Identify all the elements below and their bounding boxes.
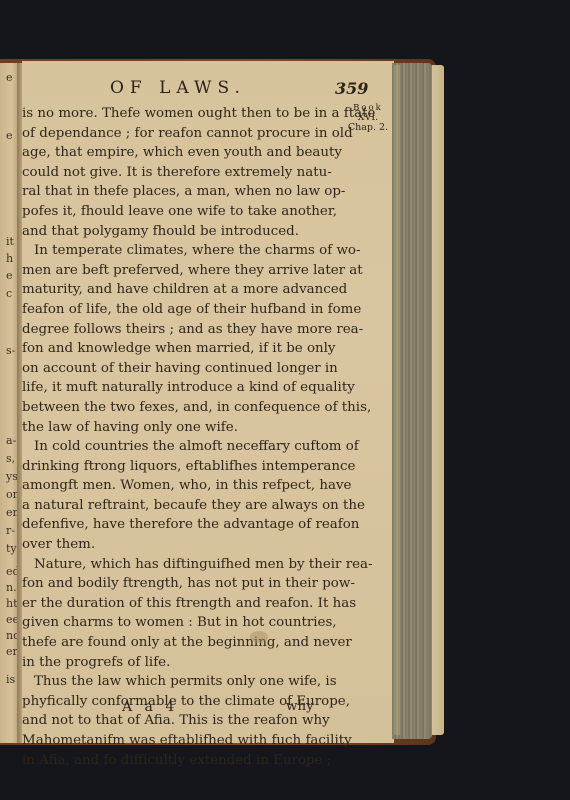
- text-line: in the progrefs of life.: [22, 653, 320, 673]
- text-line: degree follows theirs ; and as they have…: [22, 320, 320, 340]
- text-line: men are beft preferved, where they arriv…: [22, 261, 320, 281]
- previous-page-text-fragment: is: [6, 674, 15, 685]
- book: eeithecs-a-s,ysonenr-tyedn.hteenderis OF…: [0, 57, 438, 747]
- previous-page-text-fragment: c: [6, 288, 12, 299]
- text-line: feafon of life, the old age of their huf…: [22, 300, 320, 320]
- text-line: is no more. Thefe women ought then to be…: [22, 104, 320, 124]
- text-line: pofes it, fhould leave one wife to take …: [22, 202, 320, 222]
- text-line: on account of their having continued lon…: [22, 359, 320, 379]
- text-line: life, it muft naturally introduce a kind…: [22, 378, 320, 398]
- text-line: maturity, and have children at a more ad…: [22, 280, 320, 300]
- body-text: is no more. Thefe women ought then to be…: [22, 104, 320, 770]
- fore-edge-highlight: [394, 65, 400, 735]
- text-line: In cold countries the almoft neceffary c…: [22, 437, 320, 457]
- text-line: In temperate climates, where the charms …: [22, 241, 320, 261]
- previous-page-text-fragment: e: [6, 130, 13, 141]
- previous-page-text-fragment: ht: [6, 598, 18, 609]
- previous-page-text-fragment: a-: [6, 435, 16, 446]
- text-line: drinking ftrong liquors, eftablifhes int…: [22, 457, 320, 477]
- text-line: between the two fexes, and, in confequen…: [22, 398, 320, 418]
- text-line: over them.: [22, 535, 320, 555]
- signature-mark: A a 4: [122, 699, 178, 715]
- previous-page-text-fragment: h: [6, 253, 13, 264]
- previous-page-text-fragment: s-: [6, 345, 15, 356]
- running-head: OF LAWS.: [110, 78, 246, 98]
- endpaper-edge: [432, 65, 444, 735]
- text-line: Thus the law which permits only one wife…: [22, 672, 320, 692]
- text-line: of dependance ; for reafon cannot procur…: [22, 124, 320, 144]
- text-line: Nature, which has diftinguifhed men by t…: [22, 555, 320, 575]
- text-line: er the duration of this ftrength and rea…: [22, 594, 320, 614]
- text-line: and that polygamy fhould be introduced.: [22, 222, 320, 242]
- text-line: could not give. It is therefore extremel…: [22, 163, 320, 183]
- text-line: given charms to women : But in hot count…: [22, 613, 320, 633]
- text-line: defenfive, have therefore the advantage …: [22, 515, 320, 535]
- text-line: Mahometanifm was eftablifhed with fuch f…: [22, 731, 320, 751]
- paper-stain: [250, 631, 268, 643]
- previous-page-text-fragment: n.: [6, 582, 17, 593]
- text-line: a natural reftraint, becaufe they are al…: [22, 496, 320, 516]
- text-line: the law of having only one wife.: [22, 418, 320, 438]
- text-line: amongft men. Women, who, in this refpect…: [22, 476, 320, 496]
- previous-page-text-fragment: s,: [6, 453, 15, 464]
- catchword: why: [286, 699, 314, 714]
- text-line: fon and bodily ftrength, has not put in …: [22, 574, 320, 594]
- page-number: 359: [335, 79, 368, 98]
- previous-page-text-fragment: e: [6, 72, 13, 83]
- text-line: in Afia, and fo difficultly extended in …: [22, 751, 320, 771]
- previous-page-text-fragment: er: [6, 646, 18, 657]
- text-line: age, that empire, which even youth and b…: [22, 143, 320, 163]
- previous-page-text-fragment: it: [6, 236, 14, 247]
- text-line: thefe are found only at the beginning, a…: [22, 633, 320, 653]
- previous-page-text-fragment: e: [6, 270, 13, 281]
- page-359: OF LAWS. 359 Book XVI. Chap. 2. is no mo…: [22, 61, 394, 743]
- text-line: fon and knowledge when married, if it be…: [22, 339, 320, 359]
- text-line: ral that in thefe places, a man, when no…: [22, 182, 320, 202]
- previous-page-text-fragment: r-: [6, 525, 15, 536]
- previous-page-text-fragment: ty: [6, 543, 17, 554]
